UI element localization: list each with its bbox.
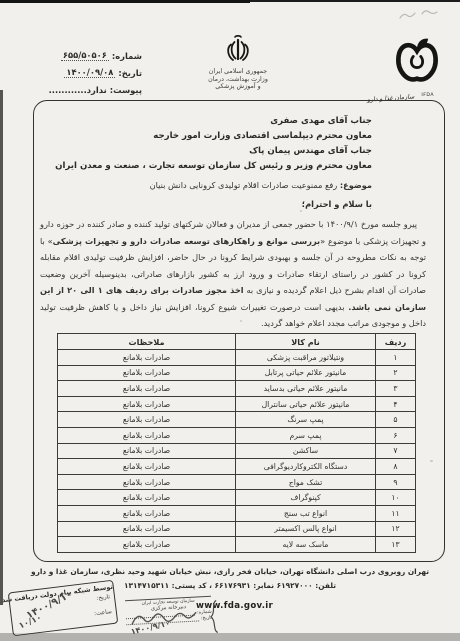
ifda-acronym: IFDA: [421, 93, 434, 98]
table-row: ۱۱انواع تب سنجصادرات بلامانع: [58, 505, 416, 521]
table-row: ۷ساکشنصادرات بلامانع: [58, 443, 416, 459]
item-name-cell: ساکشن: [236, 443, 376, 459]
column-header-row-number: ردیف: [376, 334, 416, 350]
item-name-cell: مانیتور علائم حیاتی بدساید: [236, 381, 376, 397]
row-number-cell: ۸: [376, 459, 416, 475]
ministry-name: جمهوری اسلامی ایران وزارت بهداشت، درمان …: [192, 68, 284, 91]
row-number-cell: ۱۳: [376, 537, 416, 553]
number-value: ۶۵۵/۵۰۵۰۶: [61, 50, 109, 61]
row-number-cell: ۱۰: [376, 490, 416, 506]
body-text-segment: بررسی موانع و راهکارهای توسعه صادرات دار…: [53, 236, 320, 246]
row-number-cell: ۱: [376, 350, 416, 366]
footer-address: تهران روبروی درب اصلی دانشگاه تهران، خیا…: [0, 567, 460, 576]
table-row: ۵پمپ سرنگصادرات بلامانع: [58, 412, 416, 428]
attachment-value: ندارد............: [49, 85, 107, 95]
item-name-cell: پمپ سرنگ: [236, 412, 376, 428]
items-table: ردیف نام کالا ملاحظات ۱ونتیلاتور مراقبت …: [57, 333, 416, 553]
iran-emblem-icon: [223, 34, 253, 62]
row-number-cell: ۹: [376, 474, 416, 490]
notes-cell: صادرات بلامانع: [58, 505, 236, 521]
column-header-item-name: نام کالا: [236, 334, 376, 350]
table-row: ۱ونتیلاتور مراقبت پزشکیصادرات بلامانع: [58, 350, 416, 366]
item-name-cell: مانیتور علائم حیاتی سانترال: [236, 396, 376, 412]
row-number-cell: ۴: [376, 396, 416, 412]
salutation-line: با سلام و احترام؛: [45, 199, 372, 209]
notes-cell: صادرات بلامانع: [58, 396, 236, 412]
ifda-apple-icon: [392, 36, 442, 88]
letter-date-field: تاریخ: ۱۴۰۰/۰۹/۰۸: [12, 61, 142, 78]
notes-cell: صادرات بلامانع: [58, 474, 236, 490]
table-header-row: ردیف نام کالا ملاحظات: [58, 334, 416, 350]
stamp-brace-icon: [208, 599, 220, 633]
notes-cell: صادرات بلامانع: [58, 521, 236, 537]
received-stamp-time-label: ساعت:: [94, 609, 112, 617]
notes-cell: صادرات بلامانع: [58, 381, 236, 397]
item-name-cell: ونتیلاتور مراقبت پزشکی: [236, 350, 376, 366]
notes-cell: صادرات بلامانع: [58, 412, 236, 428]
date-label: تاریخ:: [118, 68, 142, 78]
item-name-cell: ماسک سه لایه: [236, 537, 376, 553]
row-number-cell: ۲: [376, 365, 416, 381]
subject-text: رفع ممنوعیت صادرات اقلام تولیدی کرونایی …: [150, 180, 338, 190]
notes-cell: صادرات بلامانع: [58, 350, 236, 366]
ifda-logo: سازمان غذا و دارو IFDA: [362, 36, 448, 104]
row-number-cell: ۱۱: [376, 505, 416, 521]
item-name-cell: انواع پالس اکسیمتر: [236, 521, 376, 537]
received-stamp-date-label: تاریخ:: [96, 594, 110, 602]
notes-cell: صادرات بلامانع: [58, 537, 236, 553]
item-name-cell: دستگاه الکتروکاردیوگرافی: [236, 459, 376, 475]
notes-cell: صادرات بلامانع: [58, 459, 236, 475]
table-row: ۲مانیتور علائم حیاتی پرتابلصادرات بلامان…: [58, 365, 416, 381]
letter-number-field: شماره: ۶۵۵/۵۰۵۰۶: [12, 44, 142, 61]
subject-label: موضوع:: [340, 180, 372, 190]
attachment-label: پیوست:: [110, 85, 142, 95]
table-row: ۱۲انواع پالس اکسیمترصادرات بلامانع: [58, 521, 416, 537]
table-row: ۸دستگاه الکتروکاردیوگرافیصادرات بلامانع: [58, 459, 416, 475]
recipient-line: معاون محترم وزیر و رئیس کل سازمان توسعه …: [45, 159, 372, 174]
notes-cell: صادرات بلامانع: [58, 365, 236, 381]
recipient-line: جناب آقای مهدی صفری: [45, 114, 372, 129]
item-name-cell: مانیتور علائم حیاتی پرتابل: [236, 365, 376, 381]
table-row: ۶پمپ سرمصادرات بلامانع: [58, 427, 416, 443]
item-name-cell: کپنوگراف: [236, 490, 376, 506]
table-row: ۴مانیتور علائم حیاتی سانترالصادرات بلاما…: [58, 396, 416, 412]
date-value: ۱۴۰۰/۰۹/۰۸: [64, 67, 115, 78]
attachment-field: پیوست: ندارد............: [12, 78, 142, 95]
item-name-cell: انواع تب سنج: [236, 505, 376, 521]
org-line: و آموزش پزشکی: [192, 83, 284, 91]
handwritten-time: ۱۰/۱۰: [17, 613, 43, 632]
row-number-cell: ۱۲: [376, 521, 416, 537]
row-number-cell: ۵: [376, 412, 416, 428]
table-row: ۱۳ماسک سه لایهصادرات بلامانع: [58, 537, 416, 553]
notes-cell: صادرات بلامانع: [58, 443, 236, 459]
scan-left-edge: [0, 90, 3, 605]
recipient-line: معاون محترم دیپلماسی اقتصادی وزارت امور …: [45, 129, 372, 144]
scan-bottom-band: [0, 633, 460, 641]
table-row: ۹تشک مواجصادرات بلامانع: [58, 474, 416, 490]
org-line: جمهوری اسلامی ایران: [192, 68, 284, 76]
body-paragraph: پیرو جلسه مورخ ۱۴۰۰/۹/۱ با حضور جمعی از …: [40, 216, 426, 332]
number-label: شماره:: [112, 51, 142, 61]
notes-cell: صادرات بلامانع: [58, 427, 236, 443]
ministry-header: جمهوری اسلامی ایران وزارت بهداشت، درمان …: [192, 34, 284, 91]
table-row: ۱۰کپنوگرافصادرات بلامانع: [58, 490, 416, 506]
recipient-line: جناب آقای مهندس پیمان پاک: [45, 144, 372, 159]
secretariat-stamp: سازمان توسعه تجارت ایران دبیرخانه مرکزی …: [125, 596, 213, 640]
row-number-cell: ۷: [376, 443, 416, 459]
recipients-block: جناب آقای مهدی صفری معاون محترم دیپلماسی…: [45, 114, 372, 174]
scan-top-edge-dark: [0, 0, 250, 3]
table-row: ۳مانیتور علائم حیاتی بدسایدصادرات بلامان…: [58, 381, 416, 397]
notes-cell: صادرات بلامانع: [58, 490, 236, 506]
row-number-cell: ۶: [376, 427, 416, 443]
column-header-notes: ملاحظات: [58, 334, 236, 350]
row-number-cell: ۳: [376, 381, 416, 397]
letter-meta-block: شماره: ۶۵۵/۵۰۵۰۶ تاریخ: ۱۴۰۰/۰۹/۰۸ پیوست…: [12, 44, 142, 95]
item-name-cell: تشک مواج: [236, 474, 376, 490]
scanned-letter-page: شماره: ۶۵۵/۵۰۵۰۶ تاریخ: ۱۴۰۰/۰۹/۰۸ پیوست…: [0, 0, 460, 641]
pencil-scribble-icon: [396, 6, 448, 24]
item-name-cell: پمپ سرم: [236, 427, 376, 443]
subject-line: موضوع: رفع ممنوعیت صادرات اقلام تولیدی ک…: [45, 180, 372, 190]
